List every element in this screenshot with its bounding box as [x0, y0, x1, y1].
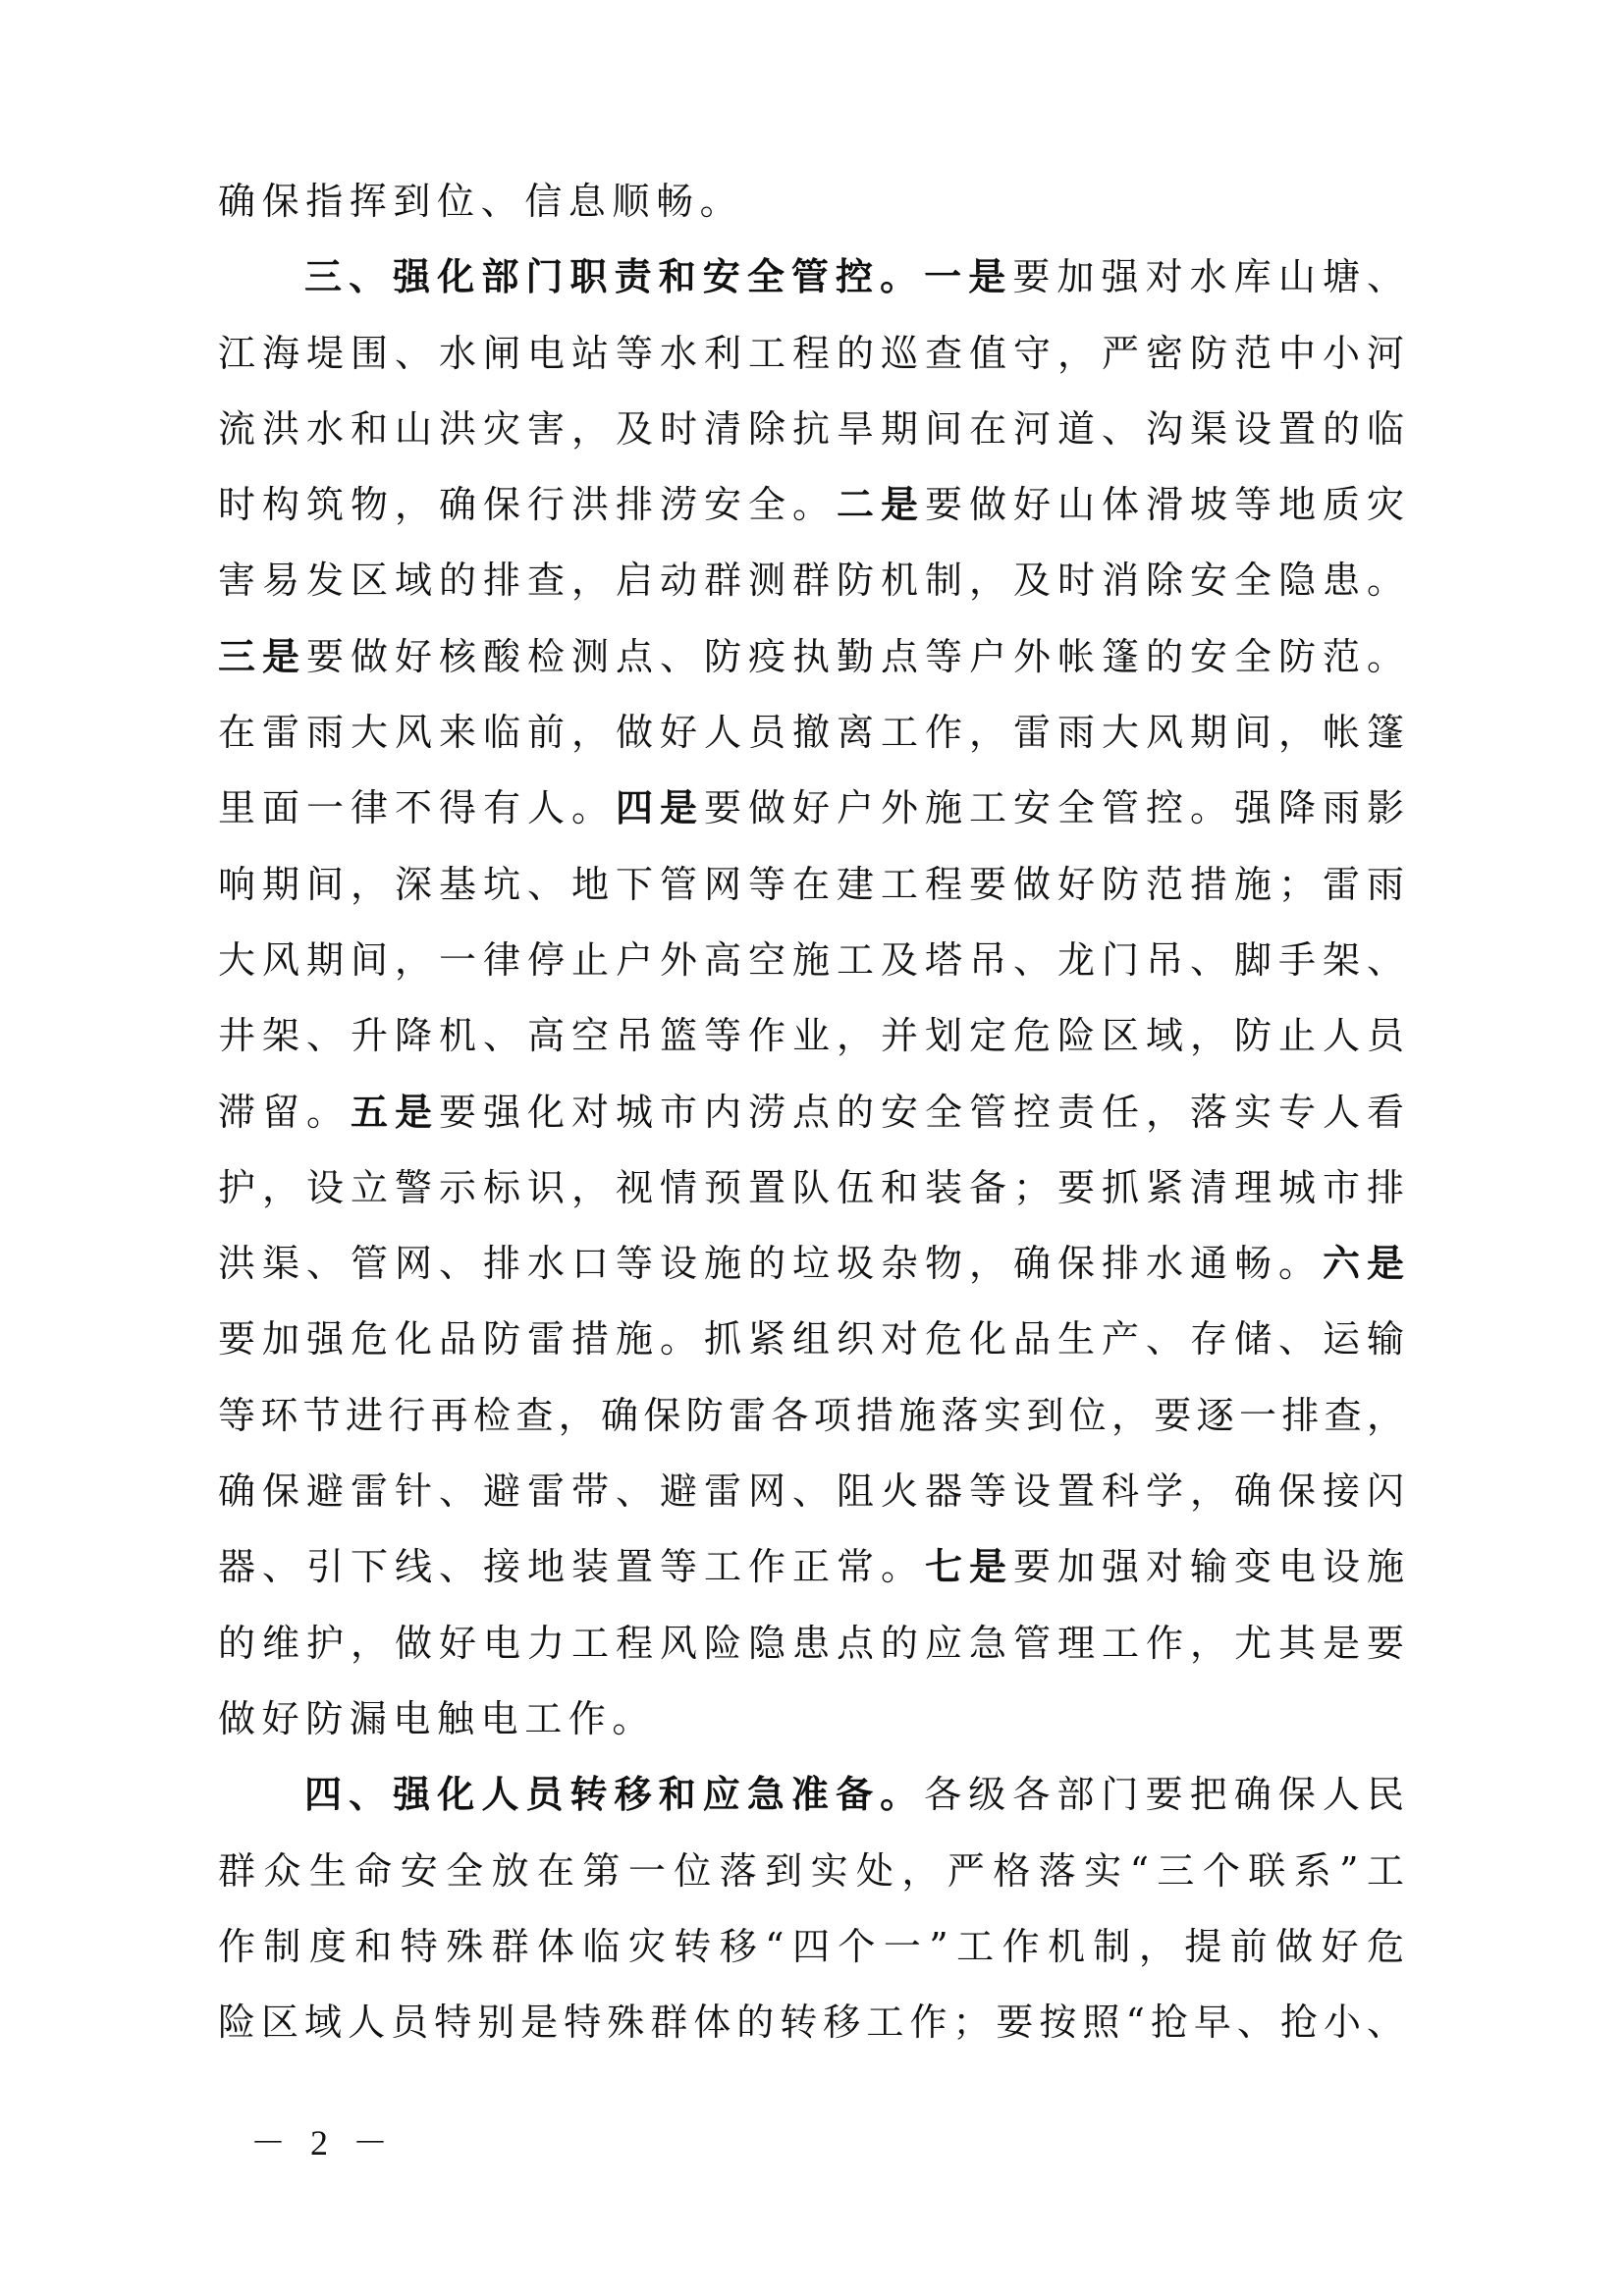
- text-line: 洪渠、管网、排水口等设施的垃圾杂物，确保排水通畅。六是: [218, 1235, 1404, 1310]
- text-segment: 要做好核酸检测点、防疫执勤点等户外帐篷的安全防范。: [306, 635, 1404, 678]
- text-line: 江海堤围、水闸电站等水利工程的巡查值守，严密防范中小河: [218, 325, 1404, 400]
- text-segment: 确保避雷针、避雷带、避雷网、阻火器等设置科学，确保接闪: [218, 1469, 1404, 1513]
- text-segment: 江海堤围、水闸电站等水利工程的巡查值守，严密防范中小河: [218, 332, 1404, 375]
- text-segment: 要加强危化品防雷措施。抓紧组织对危化品生产、存储、运输: [218, 1317, 1404, 1361]
- text-segment: 作制度和特殊群体临灾转移“四个一”工作机制，提前做好危: [218, 1925, 1404, 1968]
- bold-text-segment: 一是: [924, 255, 1012, 298]
- text-line: 响期间，深基坑、地下管网等在建工程要做好防范措施；雷雨: [218, 856, 1404, 932]
- bold-text-segment: 五是: [351, 1091, 439, 1134]
- text-line: 做好防漏电触电工作。: [218, 1690, 1404, 1766]
- text-line: 里面一律不得有人。四是要做好户外施工安全管控。强降雨影: [218, 779, 1404, 855]
- bold-text-segment: 三是: [218, 635, 306, 678]
- text-segment: 器、引下线、接地装置等工作正常。: [218, 1545, 925, 1588]
- text-line: 等环节进行再检查，确保防雷各项措施落实到位，要逐一排查，: [218, 1387, 1404, 1463]
- text-line: 作制度和特殊群体临灾转移“四个一”工作机制，提前做好危: [218, 1918, 1404, 1994]
- text-line: 三是要做好核酸检测点、防疫执勤点等户外帐篷的安全防范。: [218, 628, 1404, 704]
- text-segment: 等环节进行再检查，确保防雷各项措施落实到位，要逐一排查，: [218, 1394, 1404, 1437]
- text-line: 确保避雷针、避雷带、避雷网、阻火器等设置科学，确保接闪: [218, 1463, 1404, 1538]
- bold-text-segment: 六是: [1323, 1242, 1404, 1285]
- bold-text-segment: 二是: [837, 483, 925, 526]
- text-line: 滞留。五是要强化对城市内涝点的安全管控责任，落实专人看: [218, 1084, 1404, 1159]
- text-segment: 做好防漏电触电工作。: [218, 1697, 656, 1740]
- text-segment: 要强化对城市内涝点的安全管控责任，落实专人看: [439, 1091, 1404, 1134]
- bold-text-segment: 七是: [925, 1545, 1013, 1588]
- page-number: － 2 －: [250, 2115, 396, 2165]
- text-line: 流洪水和山洪灾害，及时清除抗旱期间在河道、沟渠设置的临: [218, 400, 1404, 476]
- text-line: 井架、升降机、高空吊篮等作业，并划定危险区域，防止人员: [218, 1007, 1404, 1083]
- text-segment: 确保指挥到位、信息顺畅。: [218, 180, 743, 223]
- text-line: 确保指挥到位、信息顺畅。: [218, 173, 1404, 248]
- text-segment: 流洪水和山洪灾害，及时清除抗旱期间在河道、沟渠设置的临: [218, 407, 1404, 451]
- bold-text-segment: 四、强化人员转移和应急准备。: [304, 1773, 924, 1816]
- text-line: 四、强化人员转移和应急准备。各级各部门要把确保人民: [218, 1766, 1404, 1842]
- text-line: 险区域人员特别是特殊群体的转移工作；要按照“抢早、抢小、: [218, 1994, 1404, 2069]
- text-segment: 要加强对水库山塘、: [1012, 255, 1404, 298]
- text-segment: 要做好山体滑坡等地质灾: [925, 483, 1404, 526]
- text-line: 大风期间，一律停止户外高空施工及塔吊、龙门吊、脚手架、: [218, 932, 1404, 1007]
- text-segment: 里面一律不得有人。: [218, 786, 616, 829]
- text-line: 器、引下线、接地装置等工作正常。七是要加强对输变电设施: [218, 1538, 1404, 1614]
- text-line: 三、强化部门职责和安全管控。一是要加强对水库山塘、: [218, 248, 1404, 324]
- text-segment: 在雷雨大风来临前，做好人员撤离工作，雷雨大风期间，帐篷: [218, 711, 1404, 754]
- text-segment: 要加强对输变电设施: [1013, 1545, 1404, 1588]
- text-segment: 洪渠、管网、排水口等设施的垃圾杂物，确保排水通畅。: [218, 1242, 1323, 1285]
- text-segment: 要做好户外施工安全管控。强降雨影: [704, 786, 1404, 829]
- document-page: 确保指挥到位、信息顺畅。三、强化部门职责和安全管控。一是要加强对水库山塘、江海堤…: [0, 0, 1624, 2296]
- text-segment: 险区域人员特别是特殊群体的转移工作；要按照“抢早、抢小、: [218, 2001, 1404, 2044]
- text-line: 在雷雨大风来临前，做好人员撤离工作，雷雨大风期间，帐篷: [218, 704, 1404, 779]
- text-line: 害易发区域的排查，启动群测群防机制，及时消除安全隐患。: [218, 552, 1404, 627]
- text-segment: 护，设立警示标识，视情预置队伍和装备；要抓紧清理城市排: [218, 1166, 1404, 1209]
- text-segment: 大风期间，一律停止户外高空施工及塔吊、龙门吊、脚手架、: [218, 938, 1404, 982]
- text-segment: 的维护，做好电力工程风险隐患点的应急管理工作，尤其是要: [218, 1622, 1404, 1665]
- body-text: 确保指挥到位、信息顺畅。三、强化部门职责和安全管控。一是要加强对水库山塘、江海堤…: [218, 173, 1404, 2069]
- text-line: 群众生命安全放在第一位落到实处，严格落实“三个联系”工: [218, 1842, 1404, 1918]
- text-segment: 响期间，深基坑、地下管网等在建工程要做好防范措施；雷雨: [218, 863, 1404, 906]
- text-segment: 害易发区域的排查，启动群测群防机制，及时消除安全隐患。: [218, 559, 1404, 602]
- text-segment: 滞留。: [218, 1091, 351, 1134]
- text-segment: 时构筑物，确保行洪排涝安全。: [218, 483, 837, 526]
- bold-text-segment: 三、强化部门职责和安全管控。: [304, 255, 924, 298]
- bold-text-segment: 四是: [616, 786, 704, 829]
- text-line: 护，设立警示标识，视情预置队伍和装备；要抓紧清理城市排: [218, 1159, 1404, 1235]
- text-segment: 井架、升降机、高空吊篮等作业，并划定危险区域，防止人员: [218, 1014, 1404, 1057]
- text-segment: 群众生命安全放在第一位落到实处，严格落实“三个联系”工: [218, 1849, 1404, 1893]
- text-line: 要加强危化品防雷措施。抓紧组织对危化品生产、存储、运输: [218, 1310, 1404, 1386]
- text-segment: 各级各部门要把确保人民: [924, 1773, 1404, 1816]
- text-line: 时构筑物，确保行洪排涝安全。二是要做好山体滑坡等地质灾: [218, 476, 1404, 552]
- text-line: 的维护，做好电力工程风险隐患点的应急管理工作，尤其是要: [218, 1615, 1404, 1690]
